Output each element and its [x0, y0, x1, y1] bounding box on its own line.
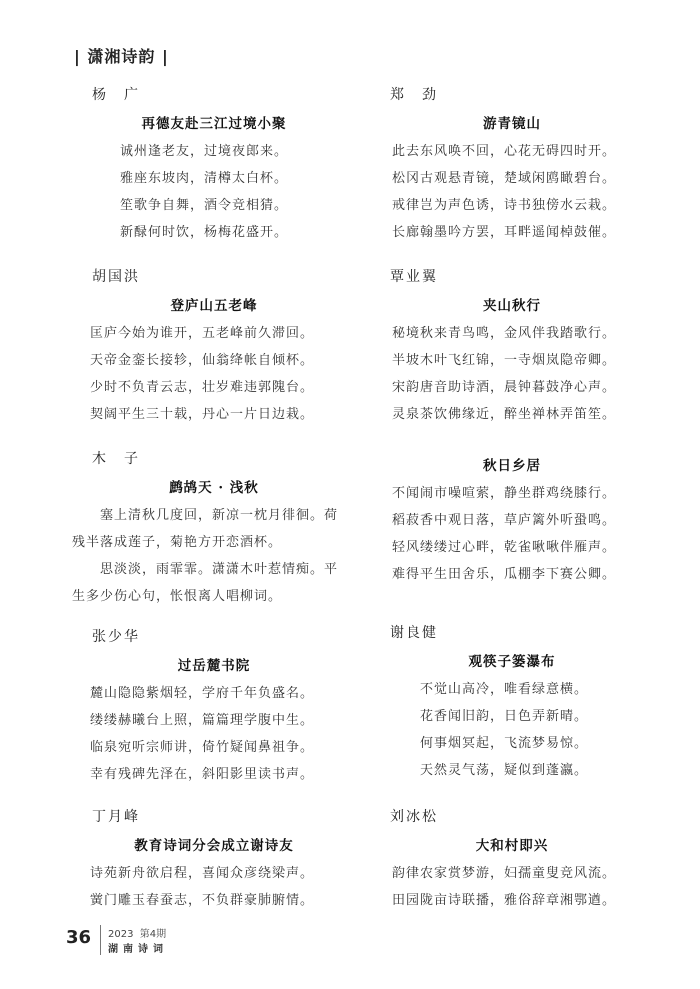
poem-line: 花香闻旧韵，日色弄新晴。 — [420, 705, 588, 724]
poem-line: 宋韵唐音助诗酒，晨钟暮鼓净心声。 — [392, 376, 616, 395]
poem-author: 谢良健 — [390, 622, 438, 642]
poem-title: 大和村即兴 — [362, 834, 662, 854]
poem-line: 稻菽香中观日落，草庐篱外听蛩鸣。 — [392, 509, 616, 528]
poem-line: 秘境秋来青鸟鸣，金风伴我踏歌行。 — [392, 322, 616, 341]
issue-label: 2023 第4期 — [108, 925, 166, 940]
poem-line: 不觉山高冷，唯看绿意横。 — [420, 678, 588, 697]
poem-author: 丁月峰 — [92, 806, 140, 826]
poem-line: 新醁何时饮，杨梅花盛开。 — [120, 221, 288, 240]
poem-title: 教育诗词分会成立谢诗友 — [64, 834, 364, 854]
poem-line: 临泉宛听宗师讲，倚竹疑闻鼻祖争。 — [90, 736, 314, 755]
footer-divider — [100, 925, 101, 955]
poem-line: 半坡木叶飞红锦，一寺烟岚隐帝卿。 — [392, 349, 616, 368]
poem-author: 胡国洪 — [92, 266, 140, 286]
poem-line: 戒律岂为声色诱，诗书独傍水云栽。 — [392, 194, 616, 213]
poem-title: 秋日乡居 — [362, 454, 662, 474]
poem-line: 塞上清秋几度回，新凉一枕月徘徊。荷 — [100, 504, 338, 523]
poem-author: 郑 劲 — [390, 84, 438, 104]
poem-author: 覃业翼 — [390, 266, 438, 286]
poem-line: 灵泉茶饮佛缘近，醉坐禅林弄笛笙。 — [392, 403, 616, 422]
poem-line: 生多少伤心句，怅恨离人唱柳词。 — [72, 585, 282, 604]
poem-line: 轻风缕缕过心畔，乾雀啾啾伴雁声。 — [392, 536, 616, 555]
poem-title: 登庐山五老峰 — [64, 294, 364, 314]
poem-author: 杨 广 — [92, 84, 140, 104]
poem-title: 游青镜山 — [362, 112, 662, 132]
poem-line: 思淡淡，雨霏霏。潇潇木叶惹情痴。平 — [100, 558, 338, 577]
poem-line: 不闻闹市噪喧萦，静坐群鸡绕膝行。 — [392, 482, 616, 501]
poem-line: 诚州逢老友，过境夜郎来。 — [120, 140, 288, 159]
poem-line: 天帝金銮长接轸，仙翁绛帐自倾杯。 — [90, 349, 314, 368]
poem-line: 幸有残碑先泽在，斜阳影里读书声。 — [90, 763, 314, 782]
poem-title: 再德友赴三江过境小聚 — [64, 112, 364, 132]
page-number: 36 — [66, 927, 91, 948]
poem-title: 夹山秋行 — [362, 294, 662, 314]
poem-line: 少时不负青云志，壮岁难违郭隗台。 — [90, 376, 314, 395]
poem-author: 张少华 — [92, 626, 140, 646]
poem-line: 麓山隐隐紫烟轻，学府千年负盛名。 — [90, 682, 314, 701]
poem-line: 松冈古观悬青镜，楚域闲鸥瞰碧台。 — [392, 167, 616, 186]
poem-line: 天然灵气荡，疑似到蓬瀛。 — [420, 759, 588, 778]
poem-line: 长廊翰墨吟方罢，耳畔遥闻棹鼓催。 — [392, 221, 616, 240]
magazine-name: 湖南诗词 — [108, 940, 168, 955]
poem-line: 残半落成莲子，菊艳方开恋酒杯。 — [72, 531, 282, 550]
poem-author: 木 子 — [92, 448, 140, 468]
poem-title: 鹧鸪天 · 浅秋 — [64, 476, 364, 496]
poem-line: 匡庐今始为谁开，五老峰前久滞回。 — [90, 322, 314, 341]
poem-line: 诗苑新舟欲启程，喜闻众彦绕梁声。 — [90, 862, 314, 881]
poem-line: 难得平生田舍乐，瓜棚李下赛公卿。 — [392, 563, 616, 582]
poem-line: 韵律农家赏梦游，妇孺童叟竞风流。 — [392, 862, 616, 881]
poem-line: 契阔平生三十载，丹心一片日边栽。 — [90, 403, 314, 422]
poem-title: 过岳麓书院 — [64, 654, 364, 674]
poem-line: 黉门雕玉春蚕志，不负群豪肺腑情。 — [90, 889, 314, 908]
poem-line: 此去东风唤不回，心花无碍四时开。 — [392, 140, 616, 159]
poem-author: 刘冰松 — [390, 806, 438, 826]
poem-title: 观筷子篓瀑布 — [362, 650, 662, 670]
section-header: | 潇湘诗韵 | — [74, 44, 169, 67]
poem-line: 何事烟冥起，飞流梦易惊。 — [420, 732, 588, 751]
poem-line: 笙歌争自舞，酒令竞相猜。 — [120, 194, 288, 213]
poem-line: 缕缕赫曦台上照，篇篇理学腹中生。 — [90, 709, 314, 728]
poem-line: 田园陇亩诗联播，雅俗辞章湘鄂遒。 — [392, 889, 616, 908]
poem-line: 雅座东坡肉，清樽太白杯。 — [120, 167, 288, 186]
